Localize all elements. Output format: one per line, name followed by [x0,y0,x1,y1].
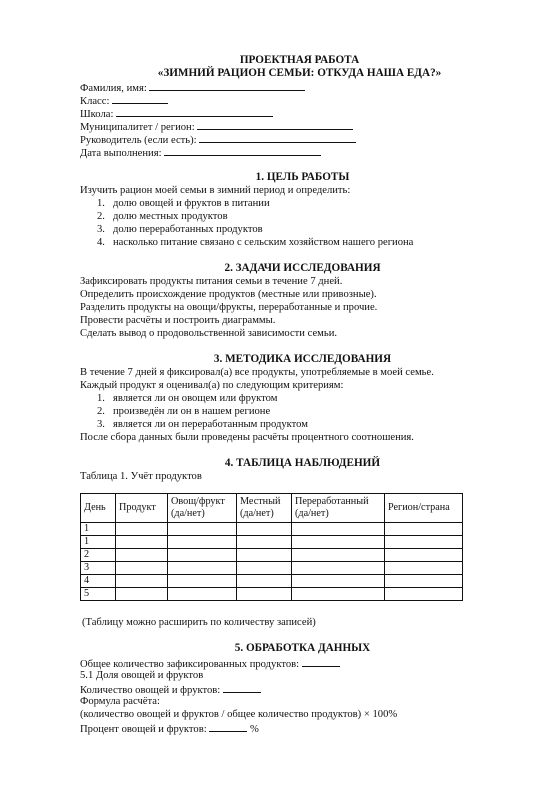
table-cell[interactable] [385,536,463,549]
task-line: Определить происхождение продуктов (мест… [80,288,377,301]
doc-title-line2: «ЗИМНИЙ РАЦИОН СЕМЬИ: ОТКУДА НАША ЕДА?» [20,67,559,80]
table-cell[interactable] [385,549,463,562]
method-line: Каждый продукт я оценивал(а) по следующи… [80,379,343,392]
table-cell[interactable] [168,588,237,601]
table-cell[interactable] [237,575,292,588]
doc-title-line1: ПРОЕКТНАЯ РАБОТА [20,54,559,67]
list-item: 3.является ли он переработанным продукто… [97,418,308,431]
column-header-processed: Переработанный(да/нет) [292,494,385,523]
method-line: В течение 7 дней я фиксировал(а) все про… [80,366,434,379]
table-cell[interactable] [168,575,237,588]
observation-table: День Продукт Овощ/фрукт(да/нет) Местный(… [80,493,463,601]
table-cell[interactable] [168,562,237,575]
table-caption: Таблица 1. Учёт продуктов [80,470,202,483]
table-cell[interactable] [237,549,292,562]
list-item: 2.долю местных продуктов [97,210,228,223]
name-input-line[interactable] [149,80,305,91]
day-cell: 3 [81,562,116,575]
table-cell[interactable] [385,523,463,536]
table-cell[interactable] [116,549,168,562]
field-date: Дата выполнения: [80,145,321,160]
table-cell[interactable] [385,588,463,601]
veg-count-input-line[interactable] [223,682,261,693]
table-row: 5 [81,588,463,601]
table-row: 3 [81,562,463,575]
task-line: Сделать вывод о продовольственной зависи… [80,327,337,340]
task-line: Разделить продукты на овощи/фрукты, пере… [80,301,377,314]
section5-heading: 5. ОБРАБОТКА ДАННЫХ [23,642,559,655]
column-header-region: Регион/страна [385,494,463,523]
section1-heading: 1. ЦЕЛЬ РАБОТЫ [23,171,559,184]
table-cell[interactable] [385,562,463,575]
method-closing: После сбора данных были проведены расчёт… [80,431,414,444]
document-page: ПРОЕКТНАЯ РАБОТА «ЗИМНИЙ РАЦИОН СЕМЬИ: О… [0,0,559,785]
section3-heading: 3. МЕТОДИКА ИССЛЕДОВАНИЯ [23,353,559,366]
task-line: Провести расчёты и построить диаграммы. [80,314,275,327]
date-input-line[interactable] [164,145,321,156]
table-cell[interactable] [237,523,292,536]
column-header-product: Продукт [116,494,168,523]
percent-line: Процент овощей и фруктов: % [80,721,259,736]
day-cell: 1 [81,536,116,549]
day-cell: 5 [81,588,116,601]
column-header-day: День [81,494,116,523]
list-item: 1.долю овощей и фруктов в питании [97,197,270,210]
table-cell[interactable] [237,536,292,549]
table-cell[interactable] [237,588,292,601]
table-cell[interactable] [292,549,385,562]
table-header-row: День Продукт Овощ/фрукт(да/нет) Местный(… [81,494,463,523]
day-cell: 4 [81,575,116,588]
subsection-heading: 5.1 Доля овощей и фруктов [80,669,203,682]
table-cell[interactable] [116,523,168,536]
table-cell[interactable] [237,562,292,575]
table-row: 2 [81,549,463,562]
supervisor-input-line[interactable] [199,132,356,143]
region-input-line[interactable] [197,119,353,130]
list-item: 4.насколько питание связано с сельским х… [97,236,413,249]
list-item: 3.долю переработанных продуктов [97,223,263,236]
column-header-local: Местный(да/нет) [237,494,292,523]
table-cell[interactable] [292,575,385,588]
table-cell[interactable] [292,588,385,601]
table-row: 1 [81,523,463,536]
section1-intro: Изучить рацион моей семьи в зимний перио… [80,184,350,197]
table-cell[interactable] [292,523,385,536]
table-row: 1 [81,536,463,549]
table-cell[interactable] [116,562,168,575]
formula-label: Формула расчёта: [80,695,160,708]
task-line: Зафиксировать продукты питания семьи в т… [80,275,342,288]
table-cell[interactable] [116,536,168,549]
section4-heading: 4. ТАБЛИЦА НАБЛЮДЕНИЙ [23,457,559,470]
list-item: 2.произведён ли он в нашем регионе [97,405,270,418]
column-header-vegfruit: Овощ/фрукт(да/нет) [168,494,237,523]
table-row: 4 [81,575,463,588]
class-input-line[interactable] [112,93,168,104]
table-cell[interactable] [116,588,168,601]
list-item: 1.является ли он овощем или фруктом [97,392,277,405]
day-cell: 1 [81,523,116,536]
school-input-line[interactable] [116,106,273,117]
section2-heading: 2. ЗАДАЧИ ИССЛЕДОВАНИЯ [23,262,559,275]
formula-text: (количество овощей и фруктов / общее кол… [80,708,397,721]
table-cell[interactable] [116,575,168,588]
table-cell[interactable] [168,523,237,536]
field-label: Дата выполнения: [80,148,162,159]
table-cell[interactable] [168,549,237,562]
percent-input-line[interactable] [209,721,247,732]
table-cell[interactable] [168,536,237,549]
table-cell[interactable] [292,536,385,549]
table-note: (Таблицу можно расширить по количеству з… [82,616,316,629]
day-cell: 2 [81,549,116,562]
total-products-input-line[interactable] [302,656,340,667]
table-cell[interactable] [292,562,385,575]
table-cell[interactable] [385,575,463,588]
